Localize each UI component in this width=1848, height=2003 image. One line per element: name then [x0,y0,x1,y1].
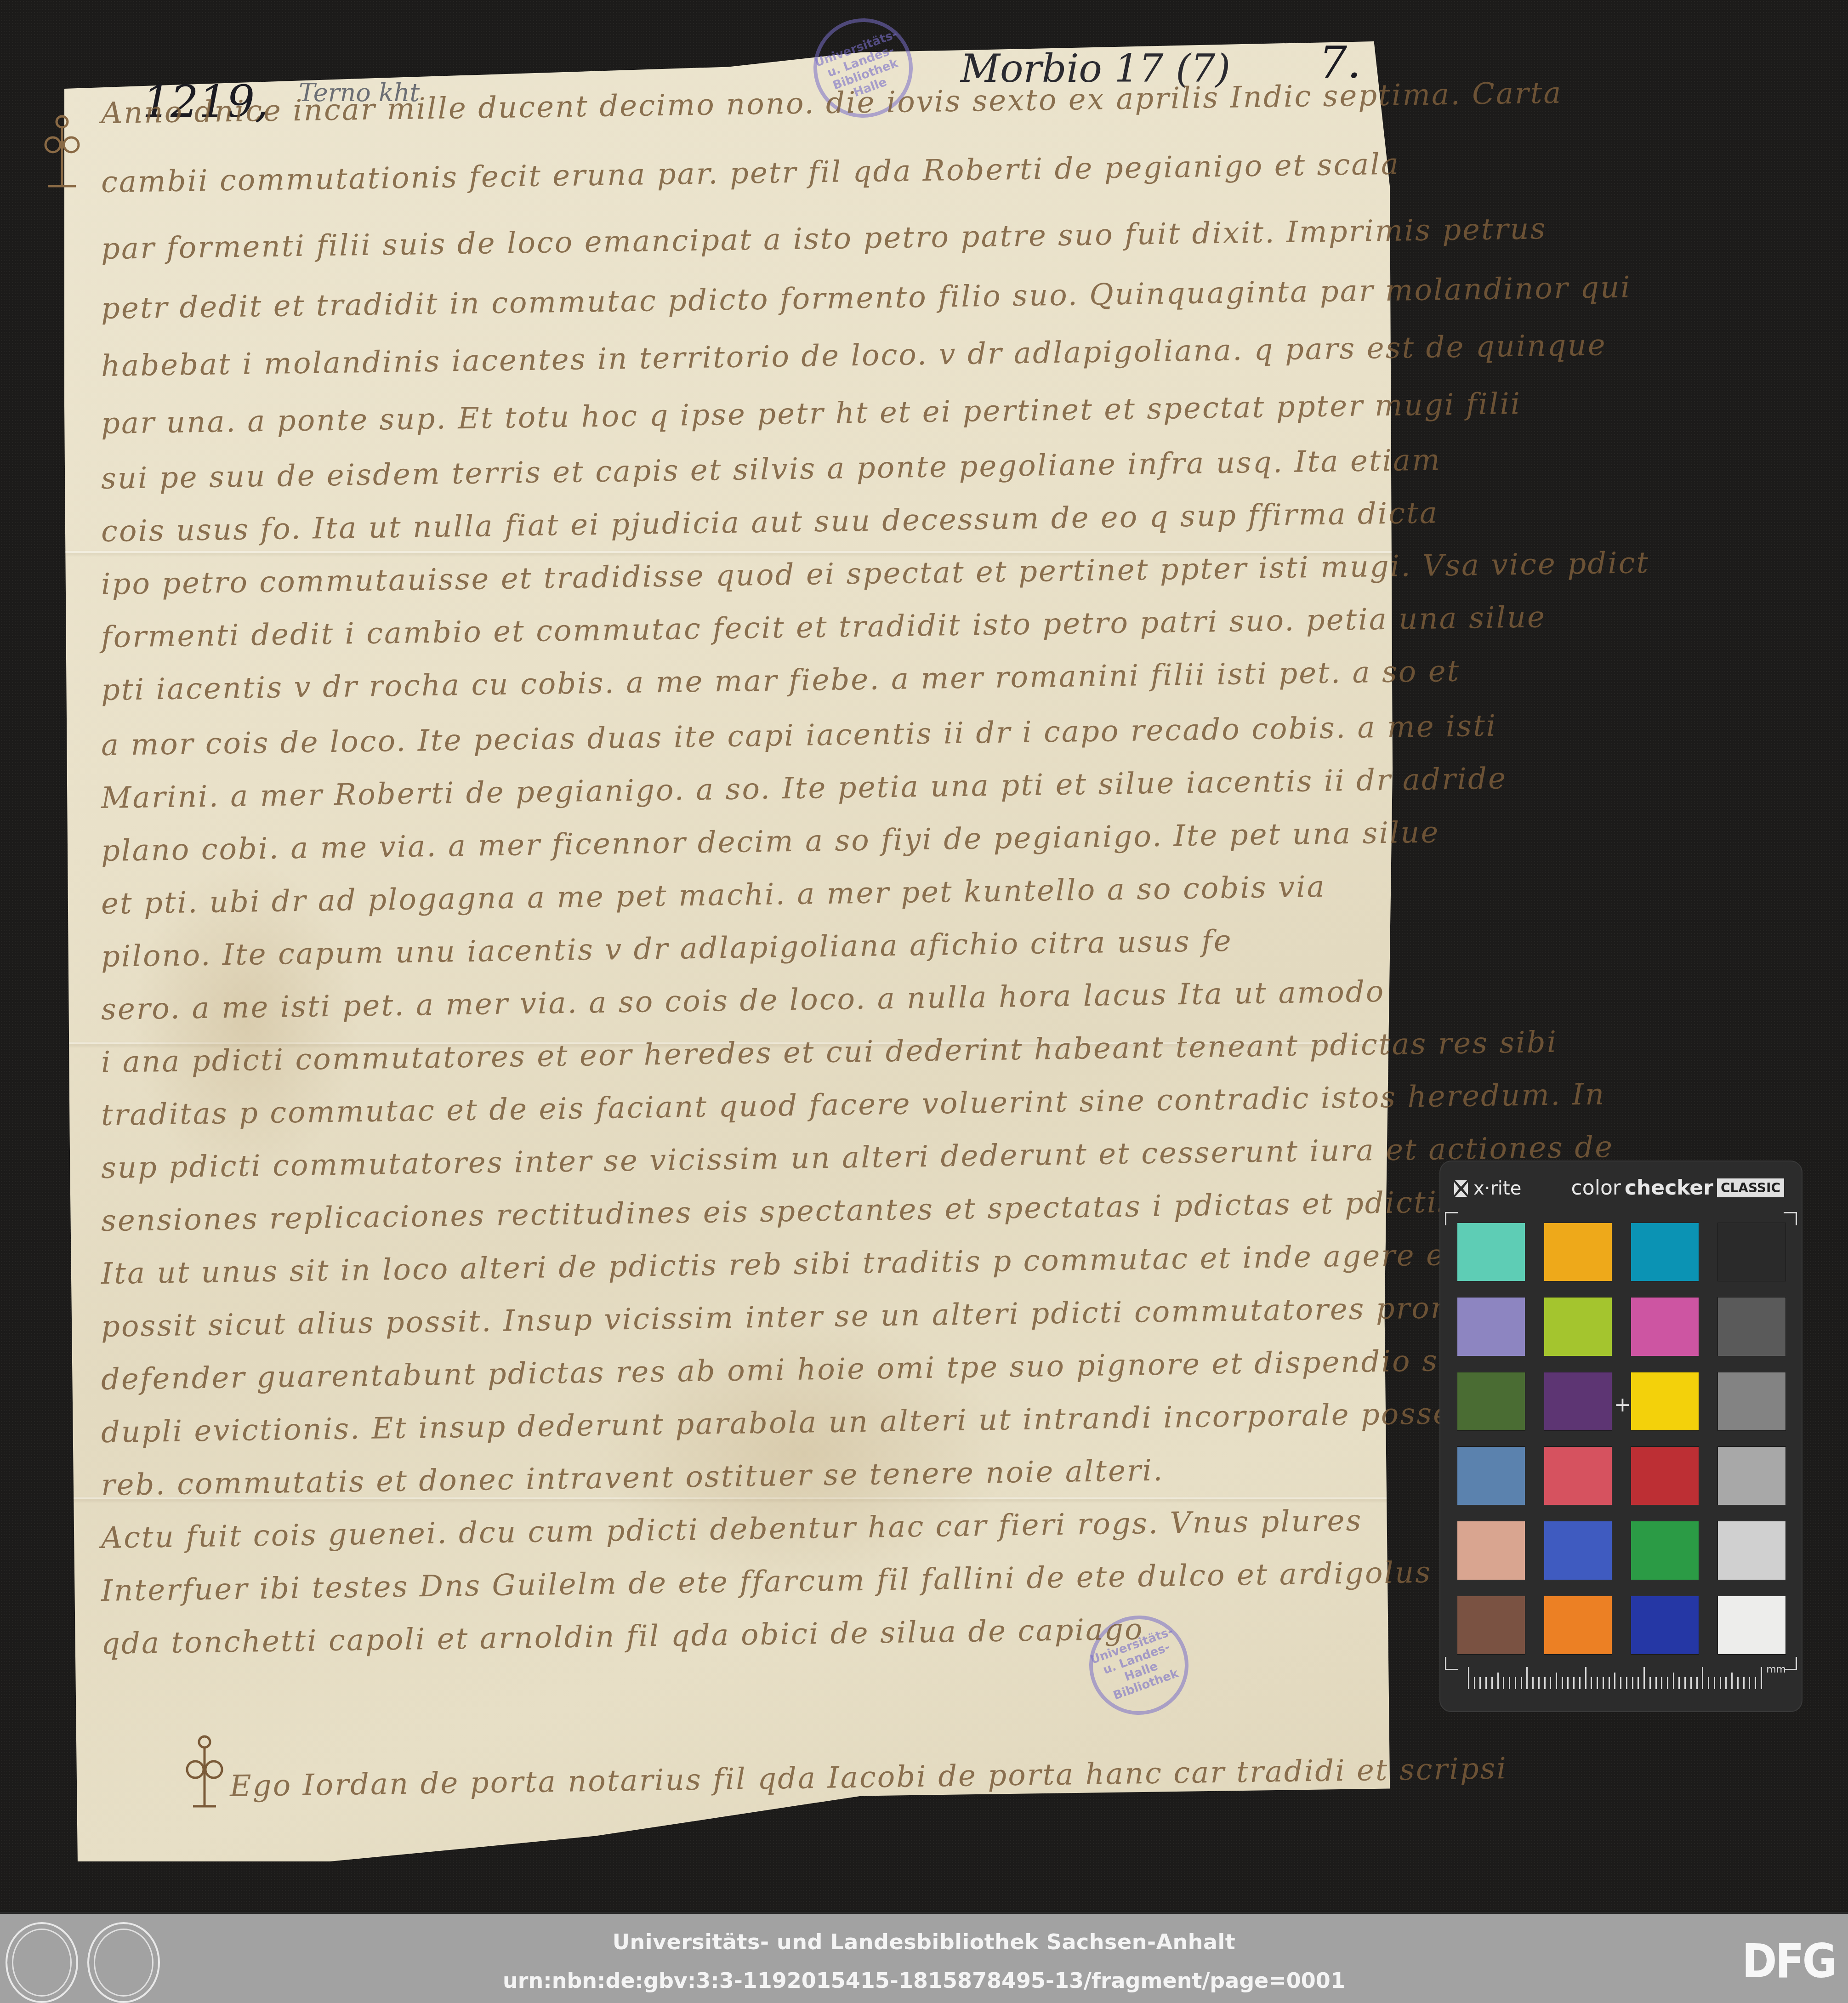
ruler-tick [1609,1677,1610,1689]
colorchecker-title: colorchecker CLASSIC [1571,1176,1784,1200]
ruler-tick [1684,1677,1686,1689]
color-patch [1717,1297,1786,1356]
ruler-tick [1725,1677,1727,1689]
ruler-tick [1749,1677,1750,1689]
ruler-tick [1526,1667,1528,1689]
notary-signum-icon [41,113,83,191]
ruler-tick [1638,1677,1639,1689]
color-patch [1457,1521,1525,1580]
colorchecker-card: x·rite colorchecker CLASSIC + mm [1439,1161,1803,1712]
ruler-tick [1509,1677,1510,1689]
xrite-logo: x·rite [1453,1178,1521,1199]
color-patch [1457,1297,1525,1356]
ruler-tick [1632,1677,1633,1689]
ruler-tick [1673,1673,1674,1689]
color-patch [1717,1521,1786,1580]
color-patch [1457,1596,1525,1655]
color-patch [1631,1521,1699,1580]
ruler-tick [1714,1677,1715,1689]
ruler-tick [1497,1673,1499,1689]
classic-badge: CLASSIC [1717,1178,1784,1197]
registration-corner [1445,1657,1458,1670]
ruler-tick [1643,1667,1645,1689]
ruler-tick [1515,1677,1516,1689]
ruler-tick [1521,1677,1522,1689]
footer-bar: Universitäts- und Landesbibliothek Sachs… [0,1912,1848,2003]
ruler-tick [1649,1677,1651,1689]
color-patch-grid [1457,1223,1786,1655]
registration-corner [1445,1212,1458,1225]
ruler-tick [1614,1673,1615,1689]
ruler-tick [1737,1677,1739,1689]
color-patch [1631,1596,1699,1655]
color-patch [1544,1372,1612,1431]
ruler-tick [1696,1677,1698,1689]
ruler-tick [1626,1677,1627,1689]
color-patch [1457,1223,1525,1281]
color-patch [1631,1372,1699,1431]
color-patch [1544,1521,1612,1580]
ruler-tick [1468,1667,1469,1689]
ruler-tick [1479,1677,1481,1689]
color-patch [1717,1596,1786,1655]
ruler-unit-label: mm [1766,1664,1786,1675]
color-patch [1717,1223,1786,1281]
ruler-tick [1538,1677,1540,1689]
ruler-tick [1743,1677,1745,1689]
ruler-tick [1562,1677,1563,1689]
ruler-tick [1597,1677,1598,1689]
color-patch [1544,1223,1612,1281]
ruler-tick [1667,1677,1668,1689]
ruler-tick [1708,1677,1709,1689]
ruler-tick [1532,1677,1534,1689]
ruler-tick [1603,1677,1604,1689]
ruler-tick [1755,1677,1756,1689]
document-image-viewer: 1219, Terno kht Morbio 17 (7) 7. Univers… [0,0,1848,1912]
ruler-tick [1573,1677,1575,1689]
ruler-tick [1620,1677,1621,1689]
color-patch [1717,1372,1786,1431]
ruler-tick [1591,1677,1592,1689]
color-patch [1544,1297,1612,1356]
mm-ruler [1468,1667,1762,1689]
ruler-tick [1585,1667,1586,1689]
color-patch [1457,1446,1525,1505]
ruler-tick [1720,1677,1721,1689]
ruler-tick [1485,1677,1487,1689]
ruler-tick [1731,1673,1733,1689]
ruler-tick [1491,1677,1493,1689]
ruler-tick [1474,1677,1475,1689]
color-patch [1457,1372,1525,1431]
color-patch [1544,1446,1612,1505]
color-patch [1631,1446,1699,1505]
institution-name: Universitäts- und Landesbibliothek Sachs… [0,1929,1848,1954]
color-patch [1631,1223,1699,1281]
ruler-tick [1761,1667,1762,1689]
color-patch [1544,1596,1612,1655]
color-patch [1631,1297,1699,1356]
crosshair-icon: + [1614,1395,1631,1415]
ruler-tick [1579,1677,1581,1689]
ruler-tick [1655,1677,1657,1689]
ruler-tick [1661,1677,1662,1689]
color-patch [1717,1446,1786,1505]
xrite-icon [1453,1179,1469,1198]
urn-identifier: urn:nbn:de:gbv:3:3-1192015415-1815878495… [0,1968,1848,1993]
ruler-tick [1678,1677,1680,1689]
ruler-tick [1544,1677,1546,1689]
ruler-tick [1503,1677,1504,1689]
ruler-tick [1690,1677,1692,1689]
notary-signum-icon [184,1733,225,1811]
ruler-tick [1702,1667,1703,1689]
ruler-tick [1556,1673,1557,1689]
dfg-logo: DFG [1742,1935,1835,1989]
ruler-tick [1550,1677,1551,1689]
ruler-tick [1567,1677,1569,1689]
